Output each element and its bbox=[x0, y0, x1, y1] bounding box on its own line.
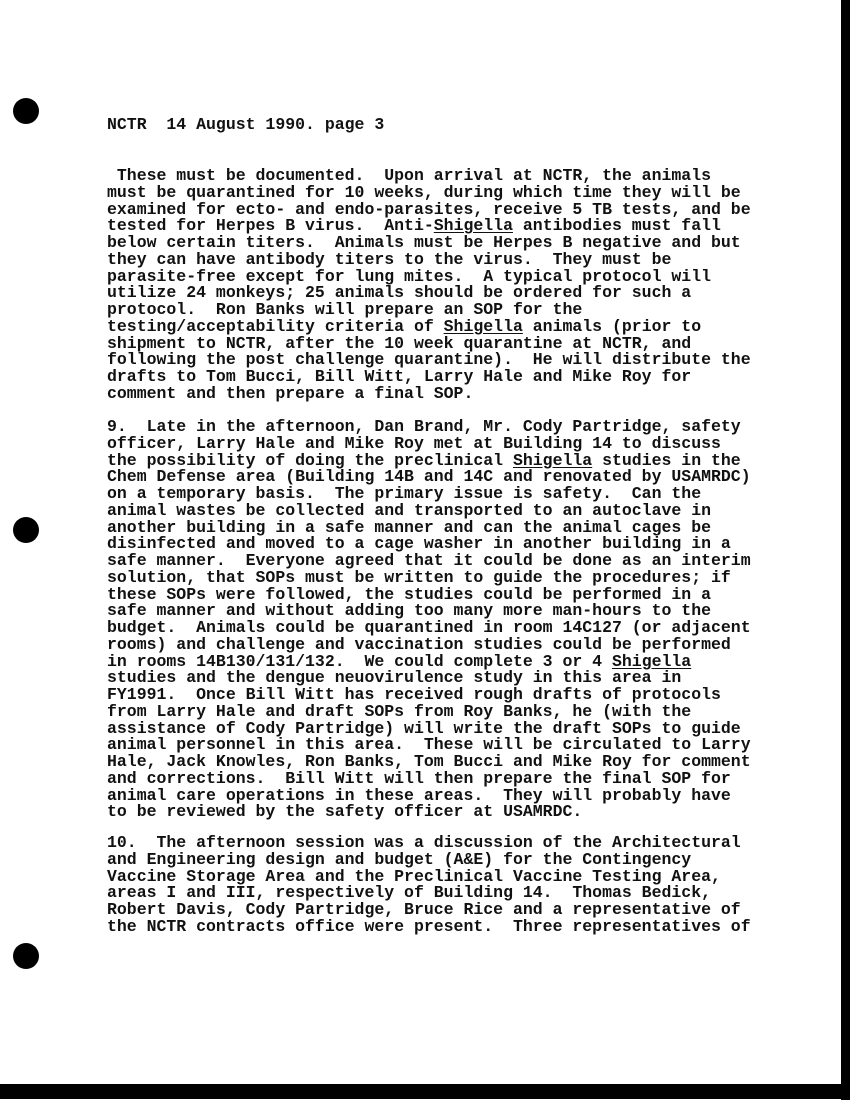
page-header: NCTR 14 August 1990. page 3 bbox=[107, 117, 384, 134]
hole-punch-icon bbox=[13, 943, 39, 969]
text-line: the NCTR contracts office were present. … bbox=[107, 919, 751, 936]
paragraph-item-10: 10. The afternoon session was a discussi… bbox=[107, 835, 751, 936]
text-line: comment and then prepare a final SOP. bbox=[107, 386, 751, 403]
text-line: officer, Larry Hale and Mike Roy met at … bbox=[107, 436, 751, 453]
hole-punch-icon bbox=[13, 517, 39, 543]
document-page: NCTR 14 August 1990. page 3 These must b… bbox=[0, 0, 850, 1103]
text-line: they can have antibody titers to the vir… bbox=[107, 252, 751, 269]
text-line: from Larry Hale and draft SOPs from Roy … bbox=[107, 704, 751, 721]
text-line: and corrections. Bill Witt will then pre… bbox=[107, 771, 751, 788]
text-line: to be reviewed by the safety officer at … bbox=[107, 804, 751, 821]
scan-edge-bottom bbox=[0, 1084, 850, 1099]
underlined-term: Shigella bbox=[444, 317, 523, 336]
text-line: solution, that SOPs must be written to g… bbox=[107, 570, 751, 587]
text-line: must be quarantined for 10 weeks, during… bbox=[107, 185, 751, 202]
text-line: testing/acceptability criteria of Shigel… bbox=[107, 319, 751, 336]
paragraph-continuation: These must be documented. Upon arrival a… bbox=[107, 168, 751, 403]
hole-punch-icon bbox=[13, 98, 39, 124]
scan-edge-right bbox=[841, 0, 850, 1100]
text-line: animal wastes be collected and transport… bbox=[107, 503, 751, 520]
paragraph-item-9: 9. Late in the afternoon, Dan Brand, Mr.… bbox=[107, 419, 751, 821]
text-line: and Engineering design and budget (A&E) … bbox=[107, 852, 751, 869]
